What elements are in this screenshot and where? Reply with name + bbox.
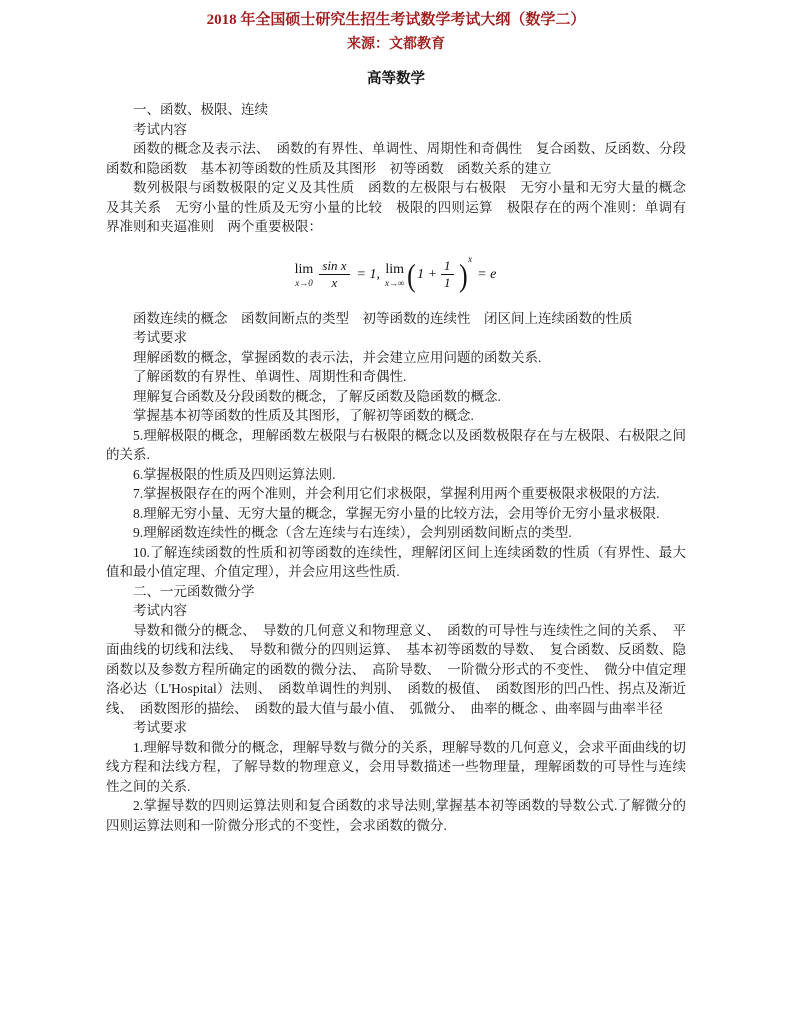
close-paren: ): [459, 260, 468, 290]
requirement-item: 7.掌握极限存在的两个准则，并会利用它们求极限，掌握利用两个重要极限求极限的方法…: [106, 484, 686, 504]
fraction-numerator: 1: [441, 259, 454, 275]
section1-content-paragraph: 数列极限与函数极限的定义及其性质 函数的左极限与右极限 无穷小量和无穷大量的概念…: [106, 178, 686, 237]
fraction-sinx-over-x: sin x x: [319, 259, 349, 290]
section1-heading: 一、函数、极限、连续: [106, 100, 686, 120]
requirement-item: 6.掌握极限的性质及四则运算法则.: [106, 465, 686, 485]
lim-subscript: x→∞: [385, 279, 404, 288]
section1-content-paragraph: 函数连续的概念 函数间断点的类型 初等函数的连续性 闭区间上连续函数的性质: [106, 309, 686, 329]
two-important-limits-formula: lim x→0 sin x x = 1, lim x→∞ ( 1 + 1 1 )…: [106, 252, 686, 298]
requirement-item: 理解复合函数及分段函数的概念，了解反函数及隐函数的概念.: [106, 387, 686, 407]
section2-content-label: 考试内容: [106, 601, 686, 621]
exponent-x: x: [468, 254, 472, 264]
requirement-item: 9.理解函数连续性的概念（含左连续与右连续），会判别函数间断点的类型.: [106, 523, 686, 543]
one-plus-text: 1 +: [417, 267, 437, 283]
requirement-item: 了解函数的有界性、单调性、周期性和奇偶性.: [106, 367, 686, 387]
section1-requirements-label: 考试要求: [106, 328, 686, 348]
limit-operator-left: lim x→0: [295, 262, 314, 288]
document-source: 来源：文都教育: [106, 35, 686, 54]
requirement-item: 5.理解极限的概念，理解函数左极限与右极限的概念以及函数极限存在与左极限、右极限…: [106, 426, 686, 465]
document-page: 2018 年全国硕士研究生招生考试数学考试大纲（数学二） 来源：文都教育 高等数…: [0, 0, 791, 1021]
fraction-numerator: sin x: [319, 259, 349, 275]
lim-text: lim: [385, 262, 404, 278]
open-paren: (: [407, 260, 416, 290]
requirement-item: 掌握基本初等函数的性质及其图形，了解初等函数的概念.: [106, 406, 686, 426]
lim-subscript: x→0: [295, 279, 313, 288]
section1-content-label: 考试内容: [106, 120, 686, 140]
section1-content-paragraph: 函数的概念及表示法、 函数的有界性、单调性、周期性和奇偶性 复合函数、反函数、分…: [106, 139, 686, 178]
requirement-item: 理解函数的概念，掌握函数的表示法，并会建立应用问题的函数关系.: [106, 348, 686, 368]
fraction-denominator: x: [332, 275, 338, 290]
main-heading: 高等数学: [106, 70, 686, 89]
limit-operator-right: lim x→∞: [385, 262, 404, 288]
document-title: 2018 年全国硕士研究生招生考试数学考试大纲（数学二）: [106, 10, 686, 31]
section2-requirements-label: 考试要求: [106, 718, 686, 738]
fraction-one-over-one: 1 1: [441, 259, 454, 290]
fraction-denominator: 1: [444, 275, 451, 290]
requirement-item: 8.理解无穷小量、无穷大量的概念，掌握无穷小量的比较方法，会用等价无穷小量求极限…: [106, 504, 686, 524]
equals-e: = e: [477, 267, 496, 283]
equals-one: = 1,: [357, 267, 380, 283]
section2-content-paragraph: 导数和微分的概念、 导数的几何意义和物理意义、 函数的可导性与连续性之间的关系、…: [106, 621, 686, 719]
section2-heading: 二、一元函数微分学: [106, 582, 686, 602]
lim-text: lim: [295, 262, 314, 278]
requirement-item: 10.了解连续函数的性质和初等函数的连续性，理解闭区间上连续函数的性质（有界性、…: [106, 543, 686, 582]
requirement-item: 2.掌握导数的四则运算法则和复合函数的求导法则,掌握基本初等函数的导数公式.了解…: [106, 796, 686, 835]
requirement-item: 1.理解导数和微分的概念，理解导数与微分的关系，理解导数的几何意义，会求平面曲线…: [106, 738, 686, 797]
